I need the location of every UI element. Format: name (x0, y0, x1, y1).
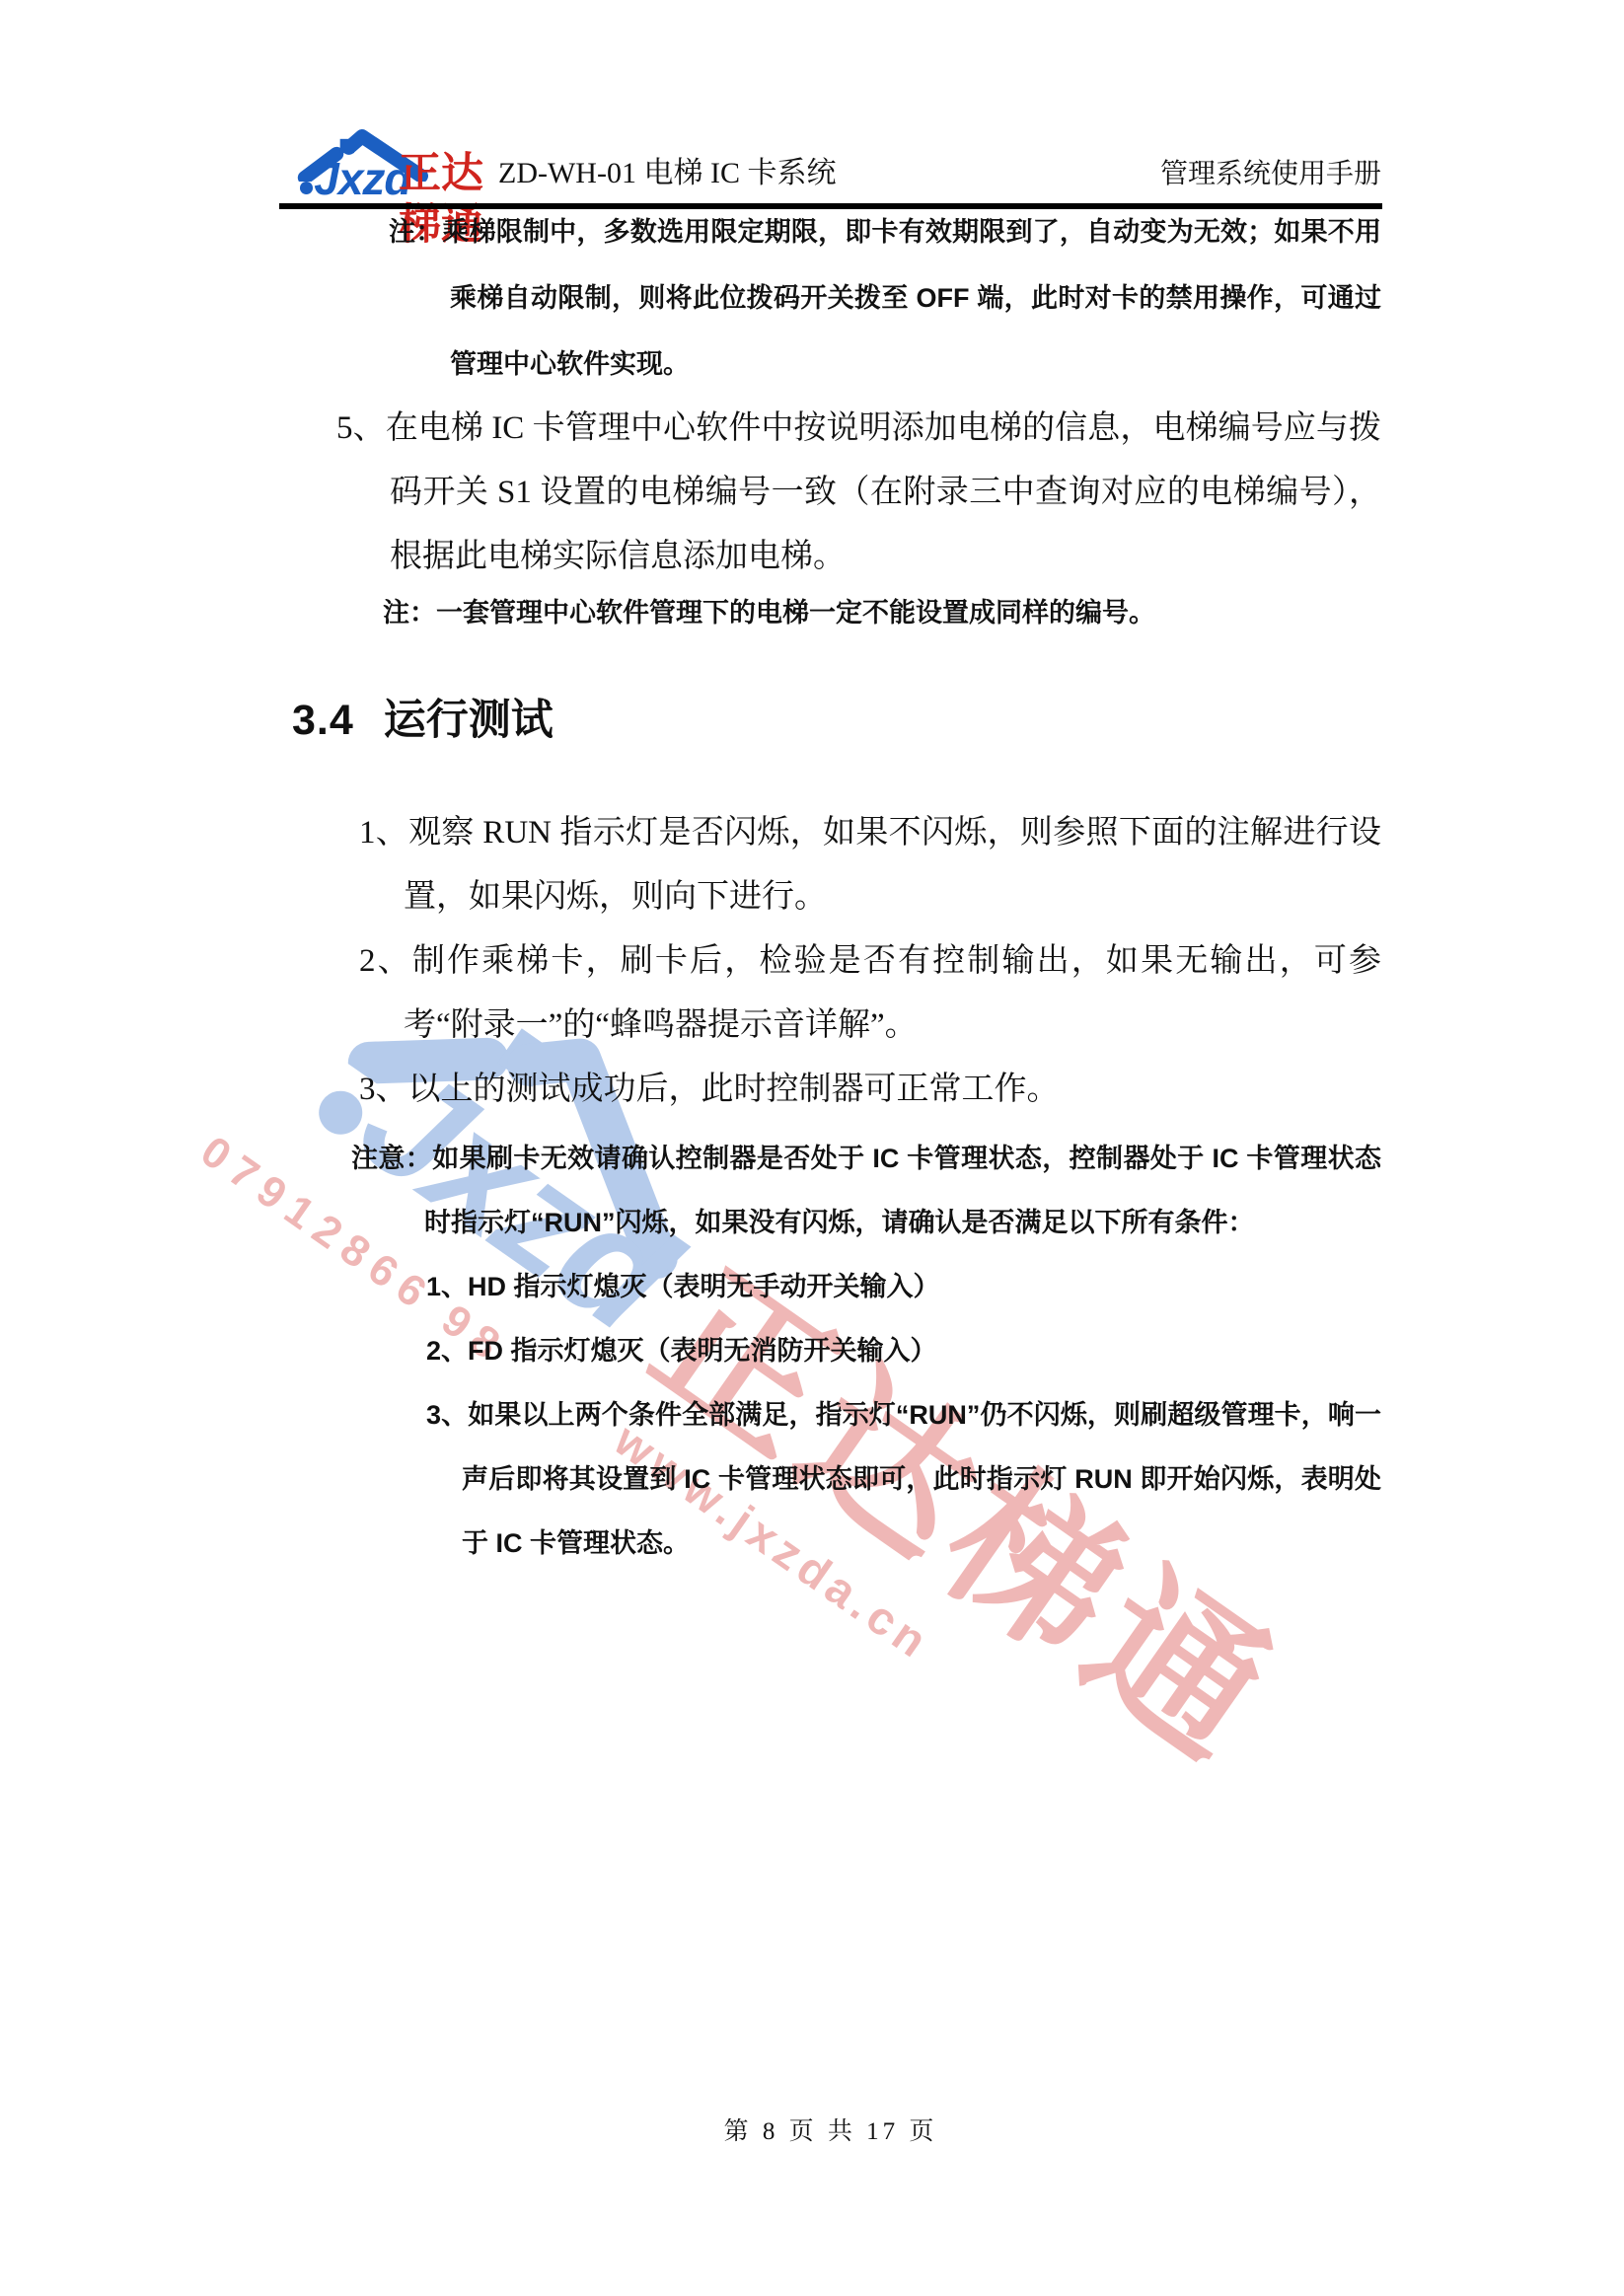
condition-number: 2、 (426, 1336, 468, 1366)
list-item: 3、如果以上两个条件全部满足，指示灯“RUN”仍不闪烁，则刷超级管理卡，响一声后… (426, 1383, 1381, 1576)
header-manual-title: 管理系统使用手册 (1160, 158, 1381, 191)
step-5-note-label: 注： (383, 598, 436, 628)
test-steps-list: 1、观察 RUN 指示灯是否闪烁，如果不闪烁，则参照下面的注解进行设置，如果闪烁… (359, 801, 1381, 1122)
intro-note-label: 注： (389, 217, 442, 247)
intro-note-text: 乘梯限制中，多数选用限定期限，即卡有效期限到了，自动变为无效；如果不用乘梯自动限… (442, 217, 1381, 379)
condition-number: 3、 (426, 1400, 468, 1430)
condition-text: FD 指示灯熄灭（表明无消防开关输入） (468, 1336, 937, 1366)
section-title: 运行测试 (384, 697, 554, 744)
condition-list: 1、HD 指示灯熄灭（表明无手动开关输入） 2、FD 指示灯熄灭（表明无消防开关… (426, 1255, 1381, 1576)
list-item: 1、观察 RUN 指示灯是否闪烁，如果不闪烁，则参照下面的注解进行设置，如果闪烁… (359, 801, 1381, 929)
manual-page: Jxzd 正达梯通 07912866 98 www.jxzda.cn Jxzd … (0, 0, 1624, 2296)
step-5-number: 5、 (336, 410, 386, 446)
notice-label: 注意： (351, 1144, 432, 1173)
condition-text: HD 指示灯熄灭（表明无手动开关输入） (468, 1272, 940, 1301)
step-5: 5、在电梯 IC 卡管理中心软件中按说明添加电梯的信息，电梯编号应与拨码开关 S… (336, 397, 1381, 589)
step-number: 1、 (359, 815, 408, 851)
step-5-note: 注：一套管理中心软件管理下的电梯一定不能设置成同样的编号。 (383, 581, 1381, 645)
condition-text: 如果以上两个条件全部满足，指示灯“RUN”仍不闪烁，则刷超级管理卡，响一声后即将… (462, 1400, 1381, 1558)
step-5-text: 在电梯 IC 卡管理中心软件中按说明添加电梯的信息，电梯编号应与拨码开关 S1 … (386, 410, 1381, 574)
section-heading: 3.4运行测试 (292, 695, 1381, 746)
step-number: 2、 (359, 943, 412, 979)
list-item: 3、以上的测试成功后，此时控制器可正常工作。 (359, 1058, 1381, 1122)
step-number: 3、 (359, 1072, 408, 1107)
intro-note: 注：乘梯限制中，多数选用限定期限，即卡有效期限到了，自动变为无效；如果不用乘梯自… (389, 199, 1381, 398)
logo-dot (300, 182, 313, 194)
brand-latin: Jxzd (300, 156, 411, 201)
section-number: 3.4 (292, 697, 354, 744)
step-text: 观察 RUN 指示灯是否闪烁，如果不闪烁，则参照下面的注解进行设置，如果闪烁，则… (404, 815, 1381, 915)
company-logo: Jxzd 正达梯通 (296, 124, 503, 207)
list-item: 1、HD 指示灯熄灭（表明无手动开关输入） (426, 1255, 1381, 1319)
header-doc-title: ZD-WH-01 电梯 IC 卡系统 (498, 156, 836, 191)
condition-number: 1、 (426, 1272, 468, 1301)
step-text: 制作乘梯卡，刷卡后，检验是否有控制输出，如果无输出，可参考“附录一”的“蜂鸣器提… (404, 943, 1381, 1043)
page-number: 第 8 页 共 17 页 (279, 2117, 1382, 2147)
notice-text: 如果刷卡无效请确认控制器是否处于 IC 卡管理状态，控制器处于 IC 卡管理状态… (424, 1144, 1381, 1237)
step-5-note-text: 一套管理中心软件管理下的电梯一定不能设置成同样的编号。 (436, 598, 1155, 628)
list-item: 2、FD 指示灯熄灭（表明无消防开关输入） (426, 1319, 1381, 1383)
list-item: 2、制作乘梯卡，刷卡后，检验是否有控制输出，如果无输出，可参考“附录一”的“蜂鸣… (359, 929, 1381, 1058)
step-text: 以上的测试成功后，此时控制器可正常工作。 (408, 1072, 1060, 1107)
notice-paragraph: 注意：如果刷卡无效请确认控制器是否处于 IC 卡管理状态，控制器处于 IC 卡管… (351, 1127, 1381, 1255)
